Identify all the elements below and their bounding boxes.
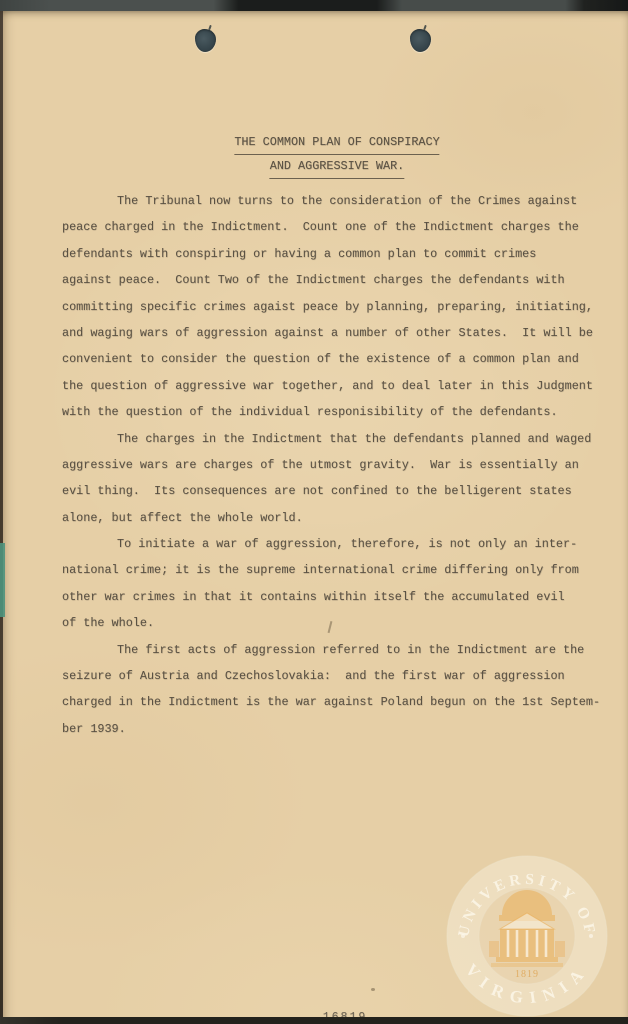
text-line: evil thing. Its consequences are not con… — [62, 478, 607, 504]
text-line: national crime; it is the supreme intern… — [62, 557, 607, 583]
scanned-document-page: { "colors": { "paper": "#e6cfa6", "ink":… — [0, 0, 628, 1024]
text-line: charged in the Indictment is the war aga… — [62, 689, 607, 715]
text-line: convenient to consider the question of t… — [62, 346, 607, 372]
text-line: defendants with conspiring or having a c… — [62, 241, 607, 267]
text-line: other war crimes in that it contains wit… — [62, 584, 607, 610]
punch-hole-left — [195, 29, 216, 52]
scanner-background-bar — [0, 0, 628, 11]
title-line-2: AND AGGRESSIVE WAR. — [234, 155, 439, 179]
teal-edge-mark — [0, 543, 5, 617]
text-line: The Tribunal now turns to the considerat… — [62, 188, 607, 214]
punch-hole-right — [410, 29, 431, 52]
text-line: To initiate a war of aggression, therefo… — [62, 531, 607, 557]
text-line: the question of aggressive war together,… — [62, 373, 607, 399]
text-line: with the question of the individual resp… — [62, 399, 607, 425]
scanner-bottom-bar — [0, 1017, 628, 1024]
paper-left-edge-shadow — [0, 11, 3, 1024]
text-line: against peace. Count Two of the Indictme… — [62, 267, 607, 293]
text-line: alone, but affect the whole world. — [62, 505, 607, 531]
body-text: The Tribunal now turns to the considerat… — [62, 188, 607, 742]
title-line-1: THE COMMON PLAN OF CONSPIRACY — [234, 131, 439, 155]
text-line: aggressive wars are charges of the utmos… — [62, 452, 607, 478]
text-line: ber 1939. — [62, 716, 607, 742]
text-line: The first acts of aggression referred to… — [62, 637, 607, 663]
text-line: committing specific crimes agaist peace … — [62, 294, 607, 320]
document-title: THE COMMON PLAN OF CONSPIRACY AND AGGRES… — [234, 131, 439, 179]
text-line: and waging wars of aggression against a … — [62, 320, 607, 346]
university-of-virginia-seal-watermark: UNIVERSITY OF VIRGINIA 1819 — [442, 851, 612, 1021]
paper-sheet: UNIVERSITY OF VIRGINIA 1819 TH — [0, 11, 628, 1024]
text-line: seizure of Austria and Czechoslovakia: a… — [62, 663, 607, 689]
seal-year-text: 1819 — [515, 969, 539, 980]
text-line: peace charged in the Indictment. Count o… — [62, 214, 607, 240]
text-line: The charges in the Indictment that the d… — [62, 426, 607, 452]
paper-speck — [371, 988, 375, 991]
text-line: of the whole. — [62, 610, 607, 636]
